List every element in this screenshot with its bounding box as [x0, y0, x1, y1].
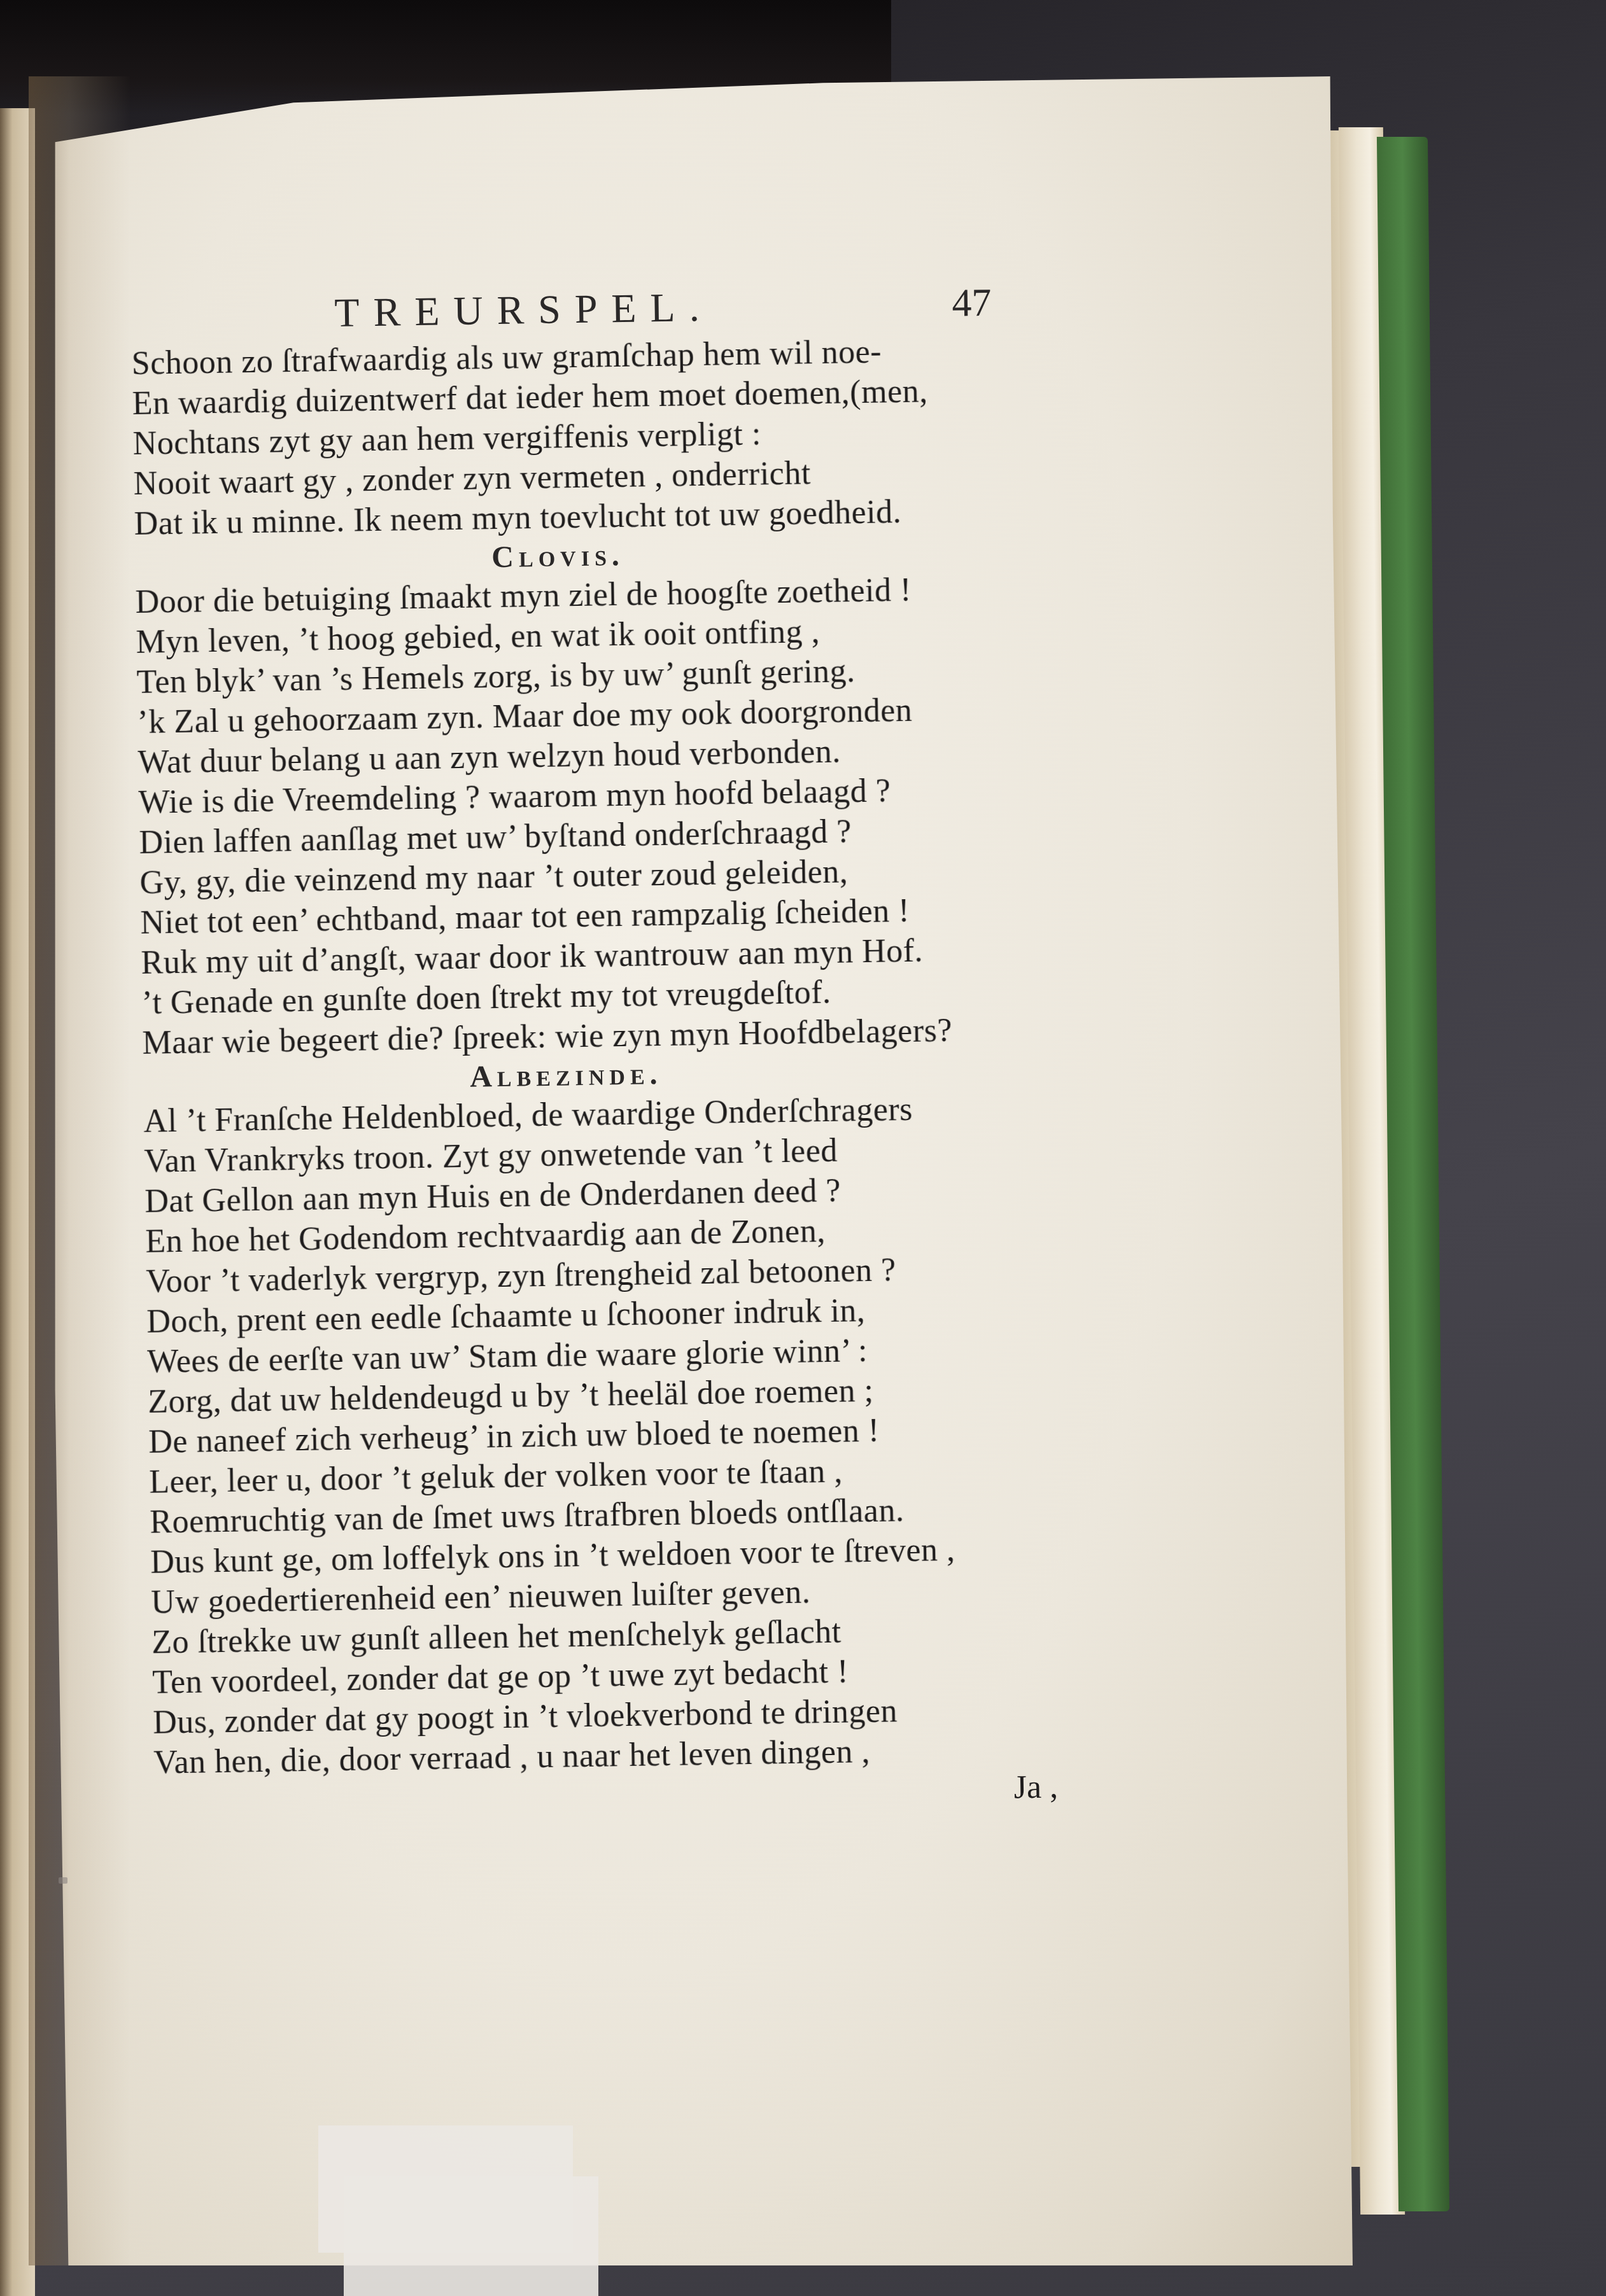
- stray-ink-mark: [59, 1877, 67, 1884]
- running-title: TREURSPEL.: [334, 284, 714, 337]
- page-number: 47: [952, 281, 992, 326]
- section-opening: Schoon zo ſtrafwaardig als uw gramſchap …: [131, 329, 1051, 544]
- paper-patch: [344, 2176, 598, 2296]
- left-page-edge: [0, 108, 35, 2296]
- section-albezinde: Albezinde. Al ’t Franſche Heldenbloed, d…: [143, 1049, 1071, 1782]
- page-text: TREURSPEL. 47 Schoon zo ſtrafwaardig als…: [130, 278, 1071, 1819]
- section-clovis: Clovis. Door die betuiging ſmaakt myn zi…: [134, 529, 1059, 1063]
